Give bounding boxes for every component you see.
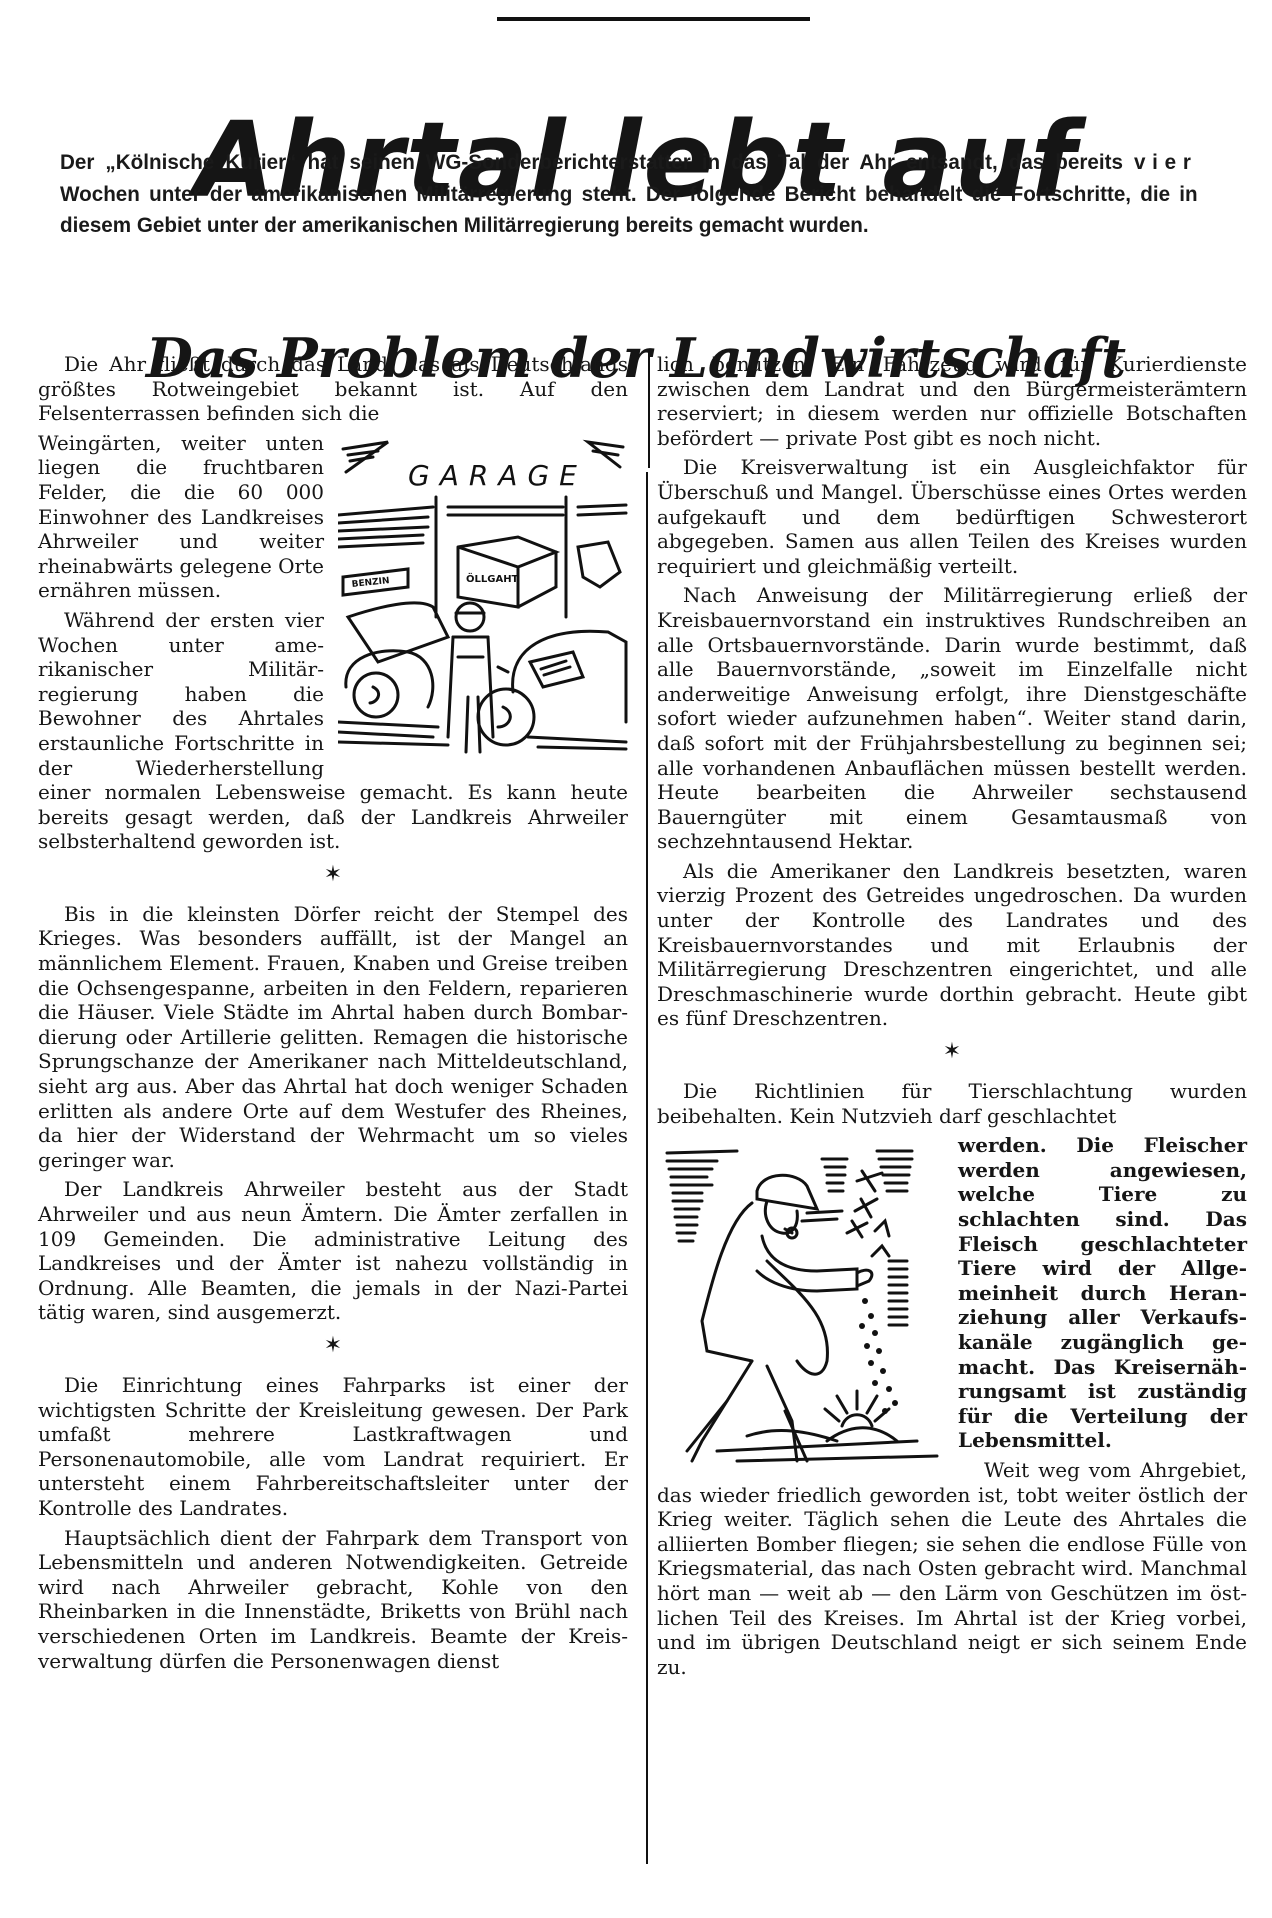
left-column: Die Ahr fließt durch das Land, das als D… — [38, 352, 628, 1678]
svg-text:BENZIN: BENZIN — [351, 576, 390, 590]
paragraph: Die Kreisverwaltung ist ein Ausgleichfak… — [657, 455, 1247, 578]
paragraph: Nach Anweisung der Militärregierung erli… — [657, 583, 1247, 854]
paragraph: Als die Amerikaner den Landkreis besetzt… — [657, 859, 1247, 1031]
section-separator: ✶ — [657, 1039, 1247, 1065]
intro-text-part2: Wochen unter der amerikanischen Militärr… — [60, 182, 1198, 238]
paragraph: Die Einrichtung eines Fahrparks ist eine… — [38, 1373, 628, 1521]
paragraph: Hauptsächlich dient der Fahrpark dem Tra… — [38, 1526, 628, 1674]
svg-text:ÖLLGAHT: ÖLLGAHT — [466, 571, 519, 585]
paragraph: Die Ahr fließt durch das Land, das als D… — [38, 352, 628, 426]
garage-illustration: GARAGE BENZIN ÖLLGAHT — [338, 437, 628, 755]
sower-illustration — [657, 1141, 942, 1471]
article-intro: Der „Kölnische Kurier“ hat seinen WG-Son… — [60, 147, 1198, 242]
section-separator: ✶ — [38, 1333, 628, 1359]
paragraph: Bis in die kleinsten Dörfer reicht der S… — [38, 902, 628, 1173]
column-divider — [648, 350, 650, 468]
masthead-rule — [497, 17, 810, 21]
section-separator: ✶ — [38, 862, 628, 888]
intro-emphasis: vier — [1134, 150, 1198, 174]
paragraph: Weit weg vom Ahrgebiet, das wieder fried… — [657, 1458, 1247, 1679]
sower-icon — [657, 1141, 942, 1471]
paragraph: lich benutzen. Ein Fahrzeug wird für Kur… — [657, 352, 1247, 450]
svg-text:GARAGE: GARAGE — [408, 459, 587, 492]
garage-icon: GARAGE BENZIN ÖLLGAHT — [338, 437, 628, 755]
paragraph: Der Landkreis Ahrweiler besteht aus der … — [38, 1177, 628, 1325]
paragraph: Die Richtlinien für Tierschlachtung wurd… — [657, 1079, 1247, 1128]
intro-text-part1: Der „Kölnische Kurier“ hat seinen WG-Son… — [60, 150, 1134, 174]
column-divider — [646, 472, 648, 1864]
right-column: lich benutzen. Ein Fahrzeug wird für Kur… — [657, 352, 1247, 1684]
